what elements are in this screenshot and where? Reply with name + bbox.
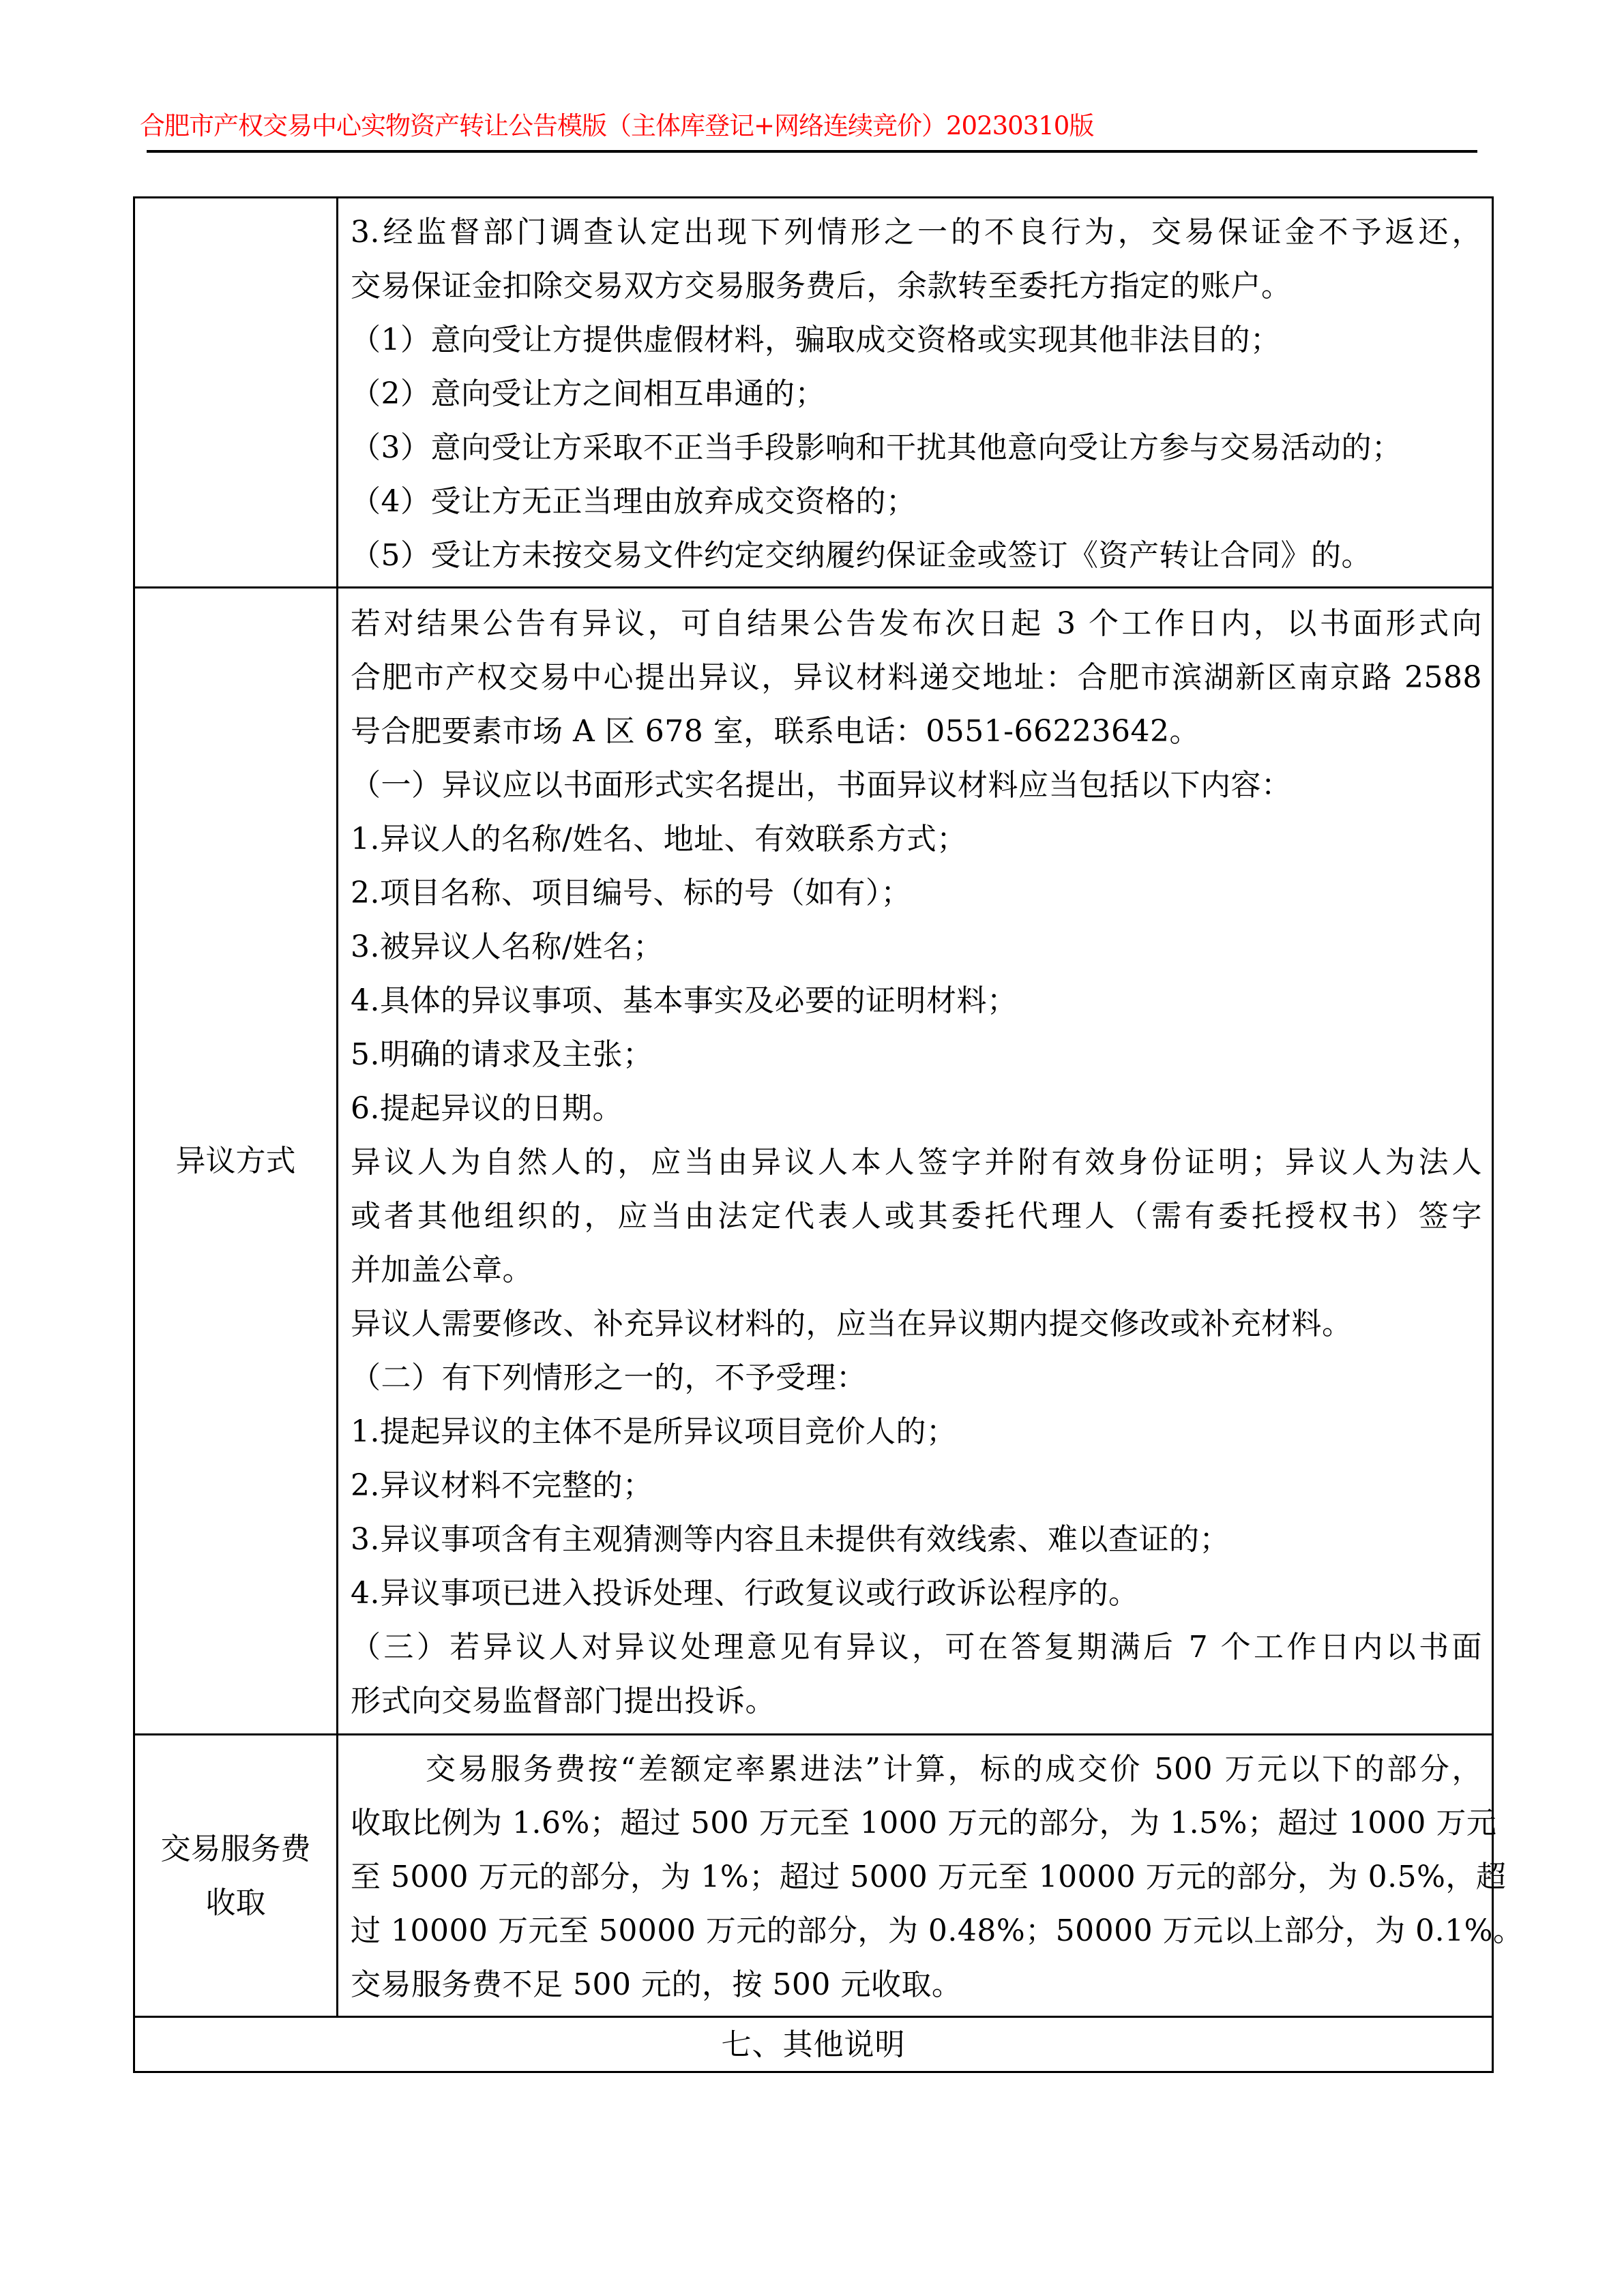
text-line: 收取比例为 1.6%；超过 500 万元至 1000 万元的部分，为 1.5%；… <box>351 1796 1482 1850</box>
text-line: 3.异议事项含有主观猜测等内容且未提供有效线索、难以查证的； <box>351 1512 1482 1566</box>
text-line: （4）受让方无正当理由放弃成交资格的； <box>351 475 1482 528</box>
text-line: 并加盖公章。 <box>351 1243 1482 1297</box>
announcement-table: 3.经监督部门调查认定出现下列情形之一的不良行为，交易保证金不予返还， 交易保证… <box>133 196 1494 2073</box>
text-line: 4.具体的异议事项、基本事实及必要的证明材料； <box>351 974 1482 1028</box>
text-line: 形式向交易监督部门提出投诉。 <box>351 1674 1482 1728</box>
row-content: 若对结果公告有异议，可自结果公告发布次日起 3 个工作日内，以书面形式向 合肥市… <box>338 588 1493 1735</box>
text-line: 过 10000 万元至 50000 万元的部分，为 0.48%；50000 万元… <box>351 1904 1482 1958</box>
row-content: 交易服务费按“差额定率累进法”计算，标的成交价 500 万元以下的部分， 收取比… <box>338 1735 1493 2017</box>
row-label-line: 收取 <box>135 1876 336 1930</box>
text-line: （三）若异议人对异议处理意见有异议，可在答复期满后 7 个工作日内以书面 <box>351 1620 1482 1674</box>
row-label: 交易服务费 收取 <box>134 1735 338 2017</box>
text-line: （2）意向受让方之间相互串通的； <box>351 367 1482 421</box>
document-header-title: 合肥市产权交易中心实物资产转让公告模版（主体库登记+网络连续竞价）2023031… <box>140 109 1477 143</box>
row-label: 异议方式 <box>134 588 338 1735</box>
text-line: 至 5000 万元的部分，为 1%；超过 5000 万元至 10000 万元的部… <box>351 1850 1482 1904</box>
text-line: 号合肥要素市场 A 区 678 室，联系电话：0551-66223642。 <box>351 704 1482 758</box>
text-line: （3）意向受让方采取不正当手段影响和干扰其他意向受让方参与交易活动的； <box>351 421 1482 475</box>
text-line: 1.异议人的名称/姓名、地址、有效联系方式； <box>351 812 1482 866</box>
table-row-section-title: 七、其他说明 <box>134 2017 1493 2072</box>
row-label <box>134 198 338 588</box>
table-row-service-fee: 交易服务费 收取 交易服务费按“差额定率累进法”计算，标的成交价 500 万元以… <box>134 1735 1493 2017</box>
text-line: （1）意向受让方提供虚假材料，骗取成交资格或实现其他非法目的； <box>351 313 1482 367</box>
text-line: 4.异议事项已进入投诉处理、行政复议或行政诉讼程序的。 <box>351 1566 1482 1620</box>
text-line: 3.被异议人名称/姓名； <box>351 920 1482 974</box>
text-line: （一）异议应以书面形式实名提出，书面异议材料应当包括以下内容： <box>351 758 1482 812</box>
text-line: 合肥市产权交易中心提出异议，异议材料递交地址：合肥市滨湖新区南京路 2588 <box>351 651 1482 704</box>
header-divider <box>147 150 1477 153</box>
text-line: （5）受让方未按交易文件约定交纳履约保证金或签订《资产转让合同》的。 <box>351 528 1482 582</box>
text-line: 异议人为自然人的，应当由异议人本人签字并附有效身份证明；异议人为法人 <box>351 1135 1482 1189</box>
text-line: 交易服务费按“差额定率累进法”计算，标的成交价 500 万元以下的部分， <box>351 1742 1482 1796</box>
text-line: 5.明确的请求及主张； <box>351 1028 1482 1082</box>
text-line: 3.经监督部门调查认定出现下列情形之一的不良行为，交易保证金不予返还， <box>351 205 1482 259</box>
text-line: 交易服务费不足 500 元的，按 500 元收取。 <box>351 1958 1482 2012</box>
text-line: 6.提起异议的日期。 <box>351 1082 1482 1135</box>
table-row-objection-method: 异议方式 若对结果公告有异议，可自结果公告发布次日起 3 个工作日内，以书面形式… <box>134 588 1493 1735</box>
text-line: 或者其他组织的，应当由法定代表人或其委托代理人（需有委托授权书）签字 <box>351 1189 1482 1243</box>
text-line: 交易保证金扣除交易双方交易服务费后，余款转至委托方指定的账户。 <box>351 259 1482 313</box>
section-title: 七、其他说明 <box>134 2017 1493 2072</box>
text-line: 2.项目名称、项目编号、标的号（如有）； <box>351 866 1482 920</box>
text-line: 异议人需要修改、补充异议材料的，应当在异议期内提交修改或补充材料。 <box>351 1297 1482 1351</box>
text-line: 1.提起异议的主体不是所异议项目竞价人的； <box>351 1405 1482 1459</box>
row-content: 3.经监督部门调查认定出现下列情形之一的不良行为，交易保证金不予返还， 交易保证… <box>338 198 1493 588</box>
text-line: 若对结果公告有异议，可自结果公告发布次日起 3 个工作日内，以书面形式向 <box>351 597 1482 651</box>
row-label-line: 交易服务费 <box>135 1822 336 1876</box>
text-line: （二）有下列情形之一的，不予受理： <box>351 1351 1482 1405</box>
text-line: 2.异议材料不完整的； <box>351 1459 1482 1512</box>
table-row-deposit-forfeiture: 3.经监督部门调查认定出现下列情形之一的不良行为，交易保证金不予返还， 交易保证… <box>134 198 1493 588</box>
